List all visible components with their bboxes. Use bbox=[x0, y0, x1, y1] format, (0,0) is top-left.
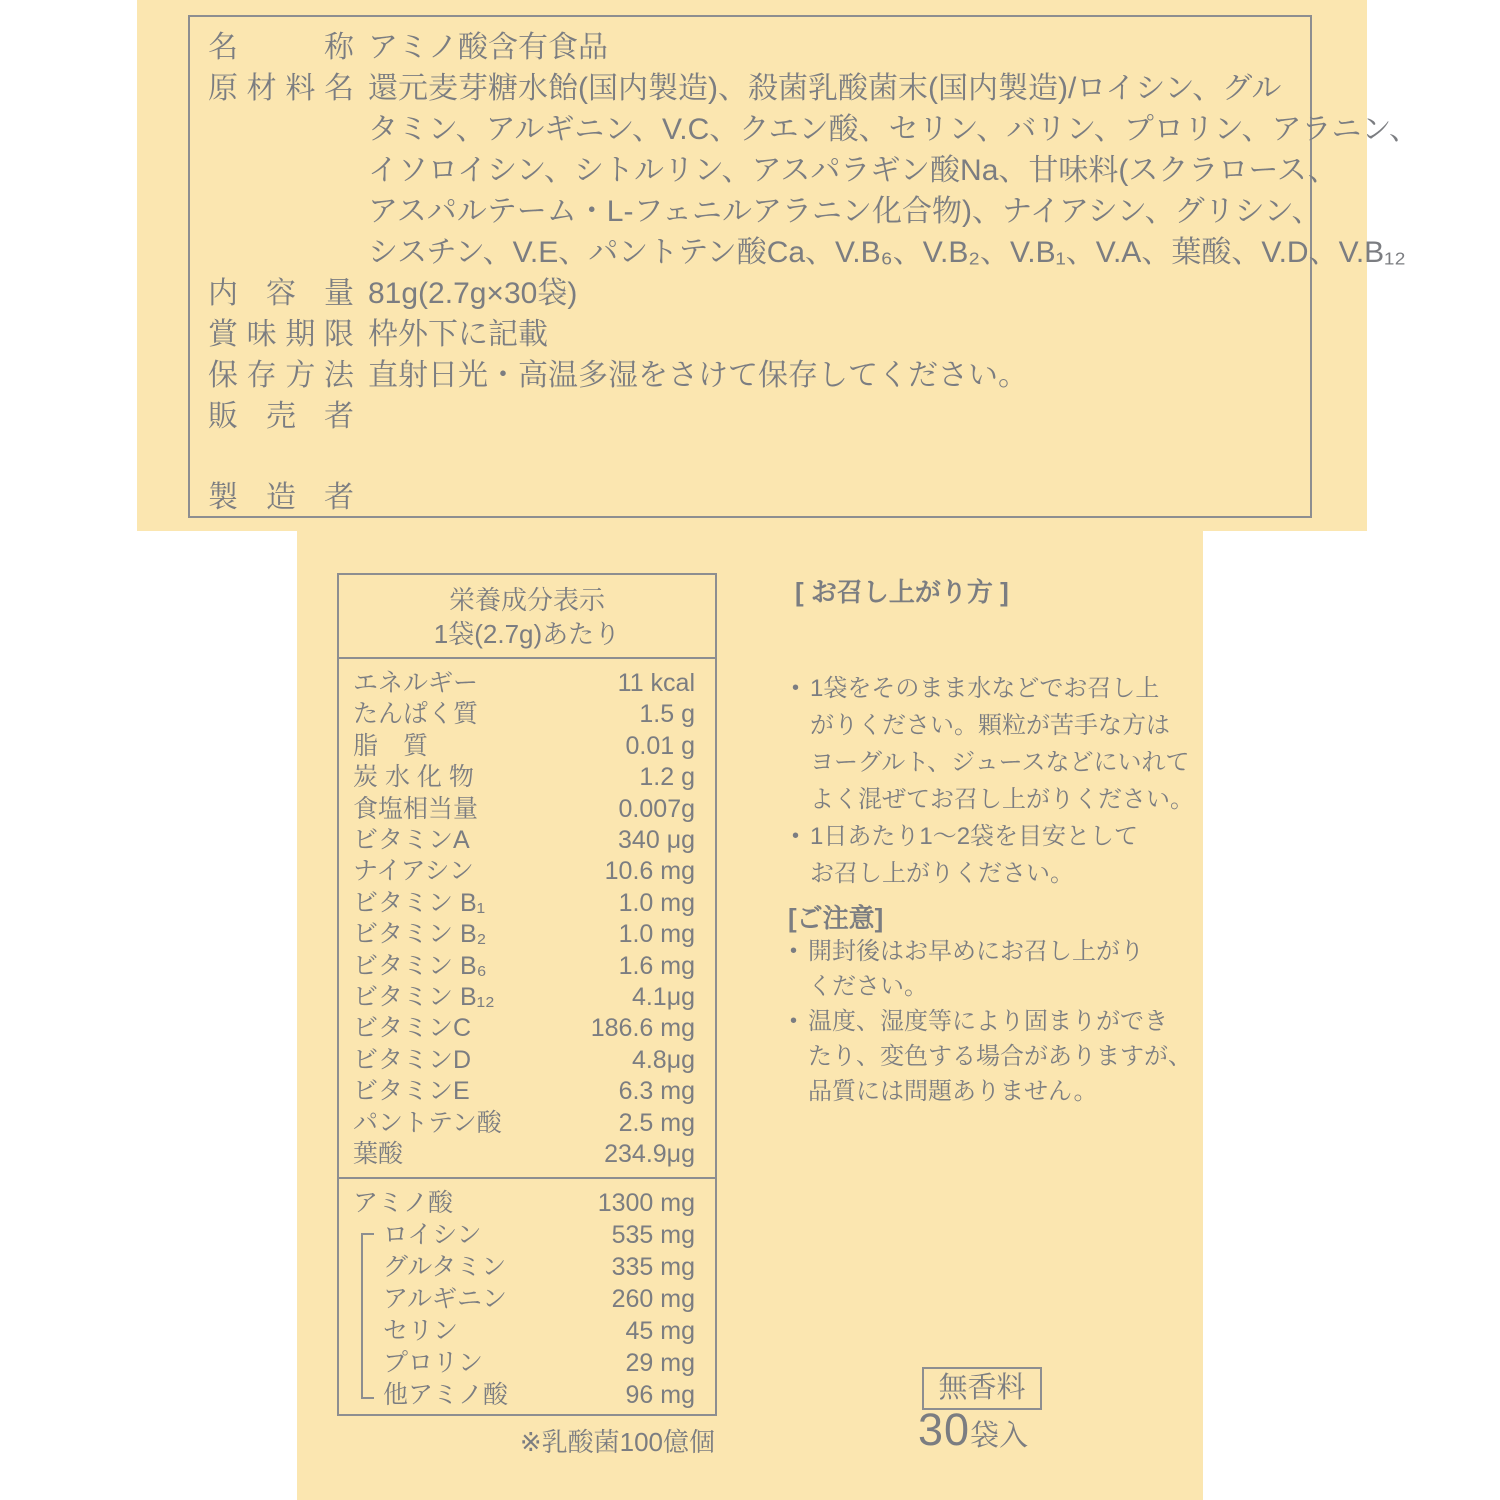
nutrient-name: 他アミノ酸 bbox=[353, 1379, 508, 1411]
nutrient-name: ビタミンE bbox=[353, 1076, 470, 1107]
table-row: アルギニン260 mg bbox=[353, 1283, 695, 1315]
table-row: プロリン29 mg bbox=[353, 1347, 695, 1379]
nutrient-value: 335 mg bbox=[612, 1251, 695, 1283]
info-row-best-before: 賞味期限 枠外下に記載 bbox=[208, 314, 1310, 355]
nutrient-value: 4.1μg bbox=[632, 982, 695, 1013]
table-row: ロイシン535 mg bbox=[353, 1219, 695, 1251]
nutrient-name: グルタミン bbox=[353, 1251, 506, 1283]
info-label: 販売者 bbox=[208, 396, 354, 437]
info-row-ingredients: 原材料名 還元麦芽糖水飴(国内製造)、殺菌乳酸菌末(国内製造)/ロイシン、グル … bbox=[208, 68, 1310, 273]
info-label: 製造者 bbox=[208, 477, 354, 518]
info-row-manufacturer: 製造者 bbox=[208, 477, 1310, 518]
amino-acid-section: アミノ酸1300 mg ロイシン535 mg グルタミン335 mg アルギニン… bbox=[339, 1179, 715, 1417]
nutrient-value: 2.5 mg bbox=[619, 1108, 695, 1139]
info-label: 名称 bbox=[208, 27, 354, 68]
lactobacillus-note: ※乳酸菌100億個 bbox=[337, 1422, 715, 1459]
nutrient-name: ナイアシン bbox=[353, 856, 474, 887]
nutrient-value: 1.0 mg bbox=[619, 919, 695, 950]
table-row: ナイアシン10.6 mg bbox=[353, 856, 695, 887]
list-item: 開封後はお早めにお召し上がり ください。 bbox=[788, 934, 1192, 1004]
nutrient-value: 29 mg bbox=[626, 1347, 695, 1379]
nutrition-header: 栄養成分表示 1袋(2.7g)あたり bbox=[339, 575, 715, 659]
table-row: ビタミン B₁₂4.1μg bbox=[353, 982, 695, 1013]
nutrient-name: アルギニン bbox=[353, 1283, 507, 1315]
table-row: グルタミン335 mg bbox=[353, 1251, 695, 1283]
info-row-net-content: 内容量 81g(2.7g×30袋) bbox=[208, 273, 1310, 314]
nutrient-name: ビタミンD bbox=[353, 1045, 471, 1076]
caution-notes: 開封後はお早めにお召し上がり ください。 温度、湿度等により固まりができ たり、… bbox=[788, 934, 1192, 1109]
nutrient-name: ビタミン B₆ bbox=[353, 951, 487, 982]
info-label: 保存方法 bbox=[208, 355, 354, 396]
table-row: ビタミンE6.3 mg bbox=[353, 1076, 695, 1107]
table-row: 他アミノ酸96 mg bbox=[353, 1379, 695, 1411]
nutrition-table: 栄養成分表示 1袋(2.7g)あたり エネルギー11 kcal たんぱく質1.5… bbox=[337, 573, 717, 1416]
bag-count-unit: 袋入 bbox=[970, 1413, 1028, 1454]
nutrient-value: 260 mg bbox=[612, 1283, 695, 1315]
info-row-name: 名称 アミノ酸含有食品 bbox=[208, 27, 1310, 68]
table-row: アミノ酸1300 mg bbox=[353, 1187, 695, 1219]
info-value: 直射日光・高温多湿をさけて保存してください。 bbox=[368, 355, 1028, 396]
nutrient-name: 炭 水 化 物 bbox=[353, 762, 474, 793]
nutrient-value: 45 mg bbox=[626, 1315, 695, 1347]
info-value: 還元麦芽糖水飴(国内製造)、殺菌乳酸菌末(国内製造)/ロイシン、グル タミン、ア… bbox=[368, 68, 1419, 273]
table-row: ビタミンC186.6 mg bbox=[353, 1013, 695, 1044]
table-row: 食塩相当量0.007g bbox=[353, 794, 695, 825]
table-row: ビタミンD4.8μg bbox=[353, 1045, 695, 1076]
nutrient-name: ビタミン B₁₂ bbox=[353, 982, 495, 1013]
nutrient-value: 6.3 mg bbox=[619, 1076, 695, 1107]
info-row-spacer bbox=[208, 437, 1310, 477]
nutrient-value: 234.9μg bbox=[604, 1139, 695, 1170]
nutrient-value: 186.6 mg bbox=[591, 1013, 695, 1044]
bag-count: 30 袋入 bbox=[918, 1404, 1028, 1456]
nutrient-value: 96 mg bbox=[626, 1379, 695, 1411]
table-row: 葉酸234.9μg bbox=[353, 1139, 695, 1170]
nutrient-value: 11 kcal bbox=[618, 668, 695, 699]
nutrient-value: 10.6 mg bbox=[605, 856, 695, 887]
nutrient-name: ビタミンC bbox=[353, 1013, 471, 1044]
table-row: 炭 水 化 物1.2 g bbox=[353, 762, 695, 793]
nutrient-value: 0.01 g bbox=[625, 731, 695, 762]
product-label-page: 名称 アミノ酸含有食品 原材料名 還元麦芽糖水飴(国内製造)、殺菌乳酸菌末(国内… bbox=[0, 0, 1500, 1500]
info-value: 枠外下に記載 bbox=[368, 314, 548, 355]
info-label: 原材料名 bbox=[208, 68, 354, 109]
nutrition-subtitle: 1袋(2.7g)あたり bbox=[339, 617, 715, 651]
bag-count-number: 30 bbox=[918, 1404, 970, 1456]
nutrient-name: ビタミンA bbox=[353, 825, 470, 856]
nutrient-name: 葉酸 bbox=[353, 1139, 403, 1170]
serving-heading: [ お召し上がり方 ] bbox=[795, 572, 1009, 609]
nutrient-name: ビタミン B₂ bbox=[353, 919, 486, 950]
nutrition-title: 栄養成分表示 bbox=[339, 583, 715, 617]
info-label: 賞味期限 bbox=[208, 314, 354, 355]
info-value: 81g(2.7g×30袋) bbox=[368, 273, 577, 314]
serving-instructions: 1袋をそのまま水などでお召し上 がりください。顆粒が苦手な方は ヨーグルト、ジュ… bbox=[790, 670, 1194, 892]
amino-group-bracket bbox=[361, 1233, 374, 1399]
nutrient-value: 1.5 g bbox=[639, 699, 695, 730]
nutrient-value: 1300 mg bbox=[598, 1187, 695, 1219]
nutrient-value: 1.0 mg bbox=[619, 888, 695, 919]
nutrient-name: エネルギー bbox=[353, 668, 478, 699]
nutrient-value: 4.8μg bbox=[632, 1045, 695, 1076]
table-row: エネルギー11 kcal bbox=[353, 668, 695, 699]
table-row: ビタミンA340 μg bbox=[353, 825, 695, 856]
table-row: 脂 質0.01 g bbox=[353, 731, 695, 762]
nutrient-value: 0.007g bbox=[619, 794, 695, 825]
list-item: 温度、湿度等により固まりができ たり、変色する場合がありますが、 品質には問題あ… bbox=[788, 1004, 1192, 1109]
nutrient-name: 脂 質 bbox=[353, 731, 428, 762]
table-row: パントテン酸2.5 mg bbox=[353, 1108, 695, 1139]
product-info-box: 名称 アミノ酸含有食品 原材料名 還元麦芽糖水飴(国内製造)、殺菌乳酸菌末(国内… bbox=[188, 15, 1312, 518]
nutrient-value: 535 mg bbox=[612, 1219, 695, 1251]
info-row-seller: 販売者 bbox=[208, 396, 1310, 437]
table-row: セリン45 mg bbox=[353, 1315, 695, 1347]
table-row: ビタミン B₆1.6 mg bbox=[353, 951, 695, 982]
nutrient-value: 340 μg bbox=[618, 825, 695, 856]
nutrient-name: パントテン酸 bbox=[353, 1108, 502, 1139]
nutrient-name: アミノ酸 bbox=[353, 1187, 453, 1219]
list-item: 1日あたり1～2袋を目安として お召し上がりください。 bbox=[790, 818, 1194, 892]
table-row: ビタミン B₁1.0 mg bbox=[353, 888, 695, 919]
info-label: 内容量 bbox=[208, 273, 354, 314]
nutrient-name: たんぱく質 bbox=[353, 699, 478, 730]
table-row: たんぱく質1.5 g bbox=[353, 699, 695, 730]
table-row: ビタミン B₂1.0 mg bbox=[353, 919, 695, 950]
list-item: 1袋をそのまま水などでお召し上 がりください。顆粒が苦手な方は ヨーグルト、ジュ… bbox=[790, 670, 1194, 818]
info-value: アミノ酸含有食品 bbox=[368, 27, 608, 68]
nutrition-body: エネルギー11 kcal たんぱく質1.5 g 脂 質0.01 g 炭 水 化 … bbox=[339, 659, 715, 1179]
nutrient-value: 1.6 mg bbox=[619, 951, 695, 982]
info-row-storage: 保存方法 直射日光・高温多湿をさけて保存してください。 bbox=[208, 355, 1310, 396]
caution-heading: [ご注意] bbox=[788, 898, 883, 935]
nutrient-value: 1.2 g bbox=[639, 762, 695, 793]
nutrient-name: 食塩相当量 bbox=[353, 794, 478, 825]
nutrient-name: ビタミン B₁ bbox=[353, 888, 485, 919]
